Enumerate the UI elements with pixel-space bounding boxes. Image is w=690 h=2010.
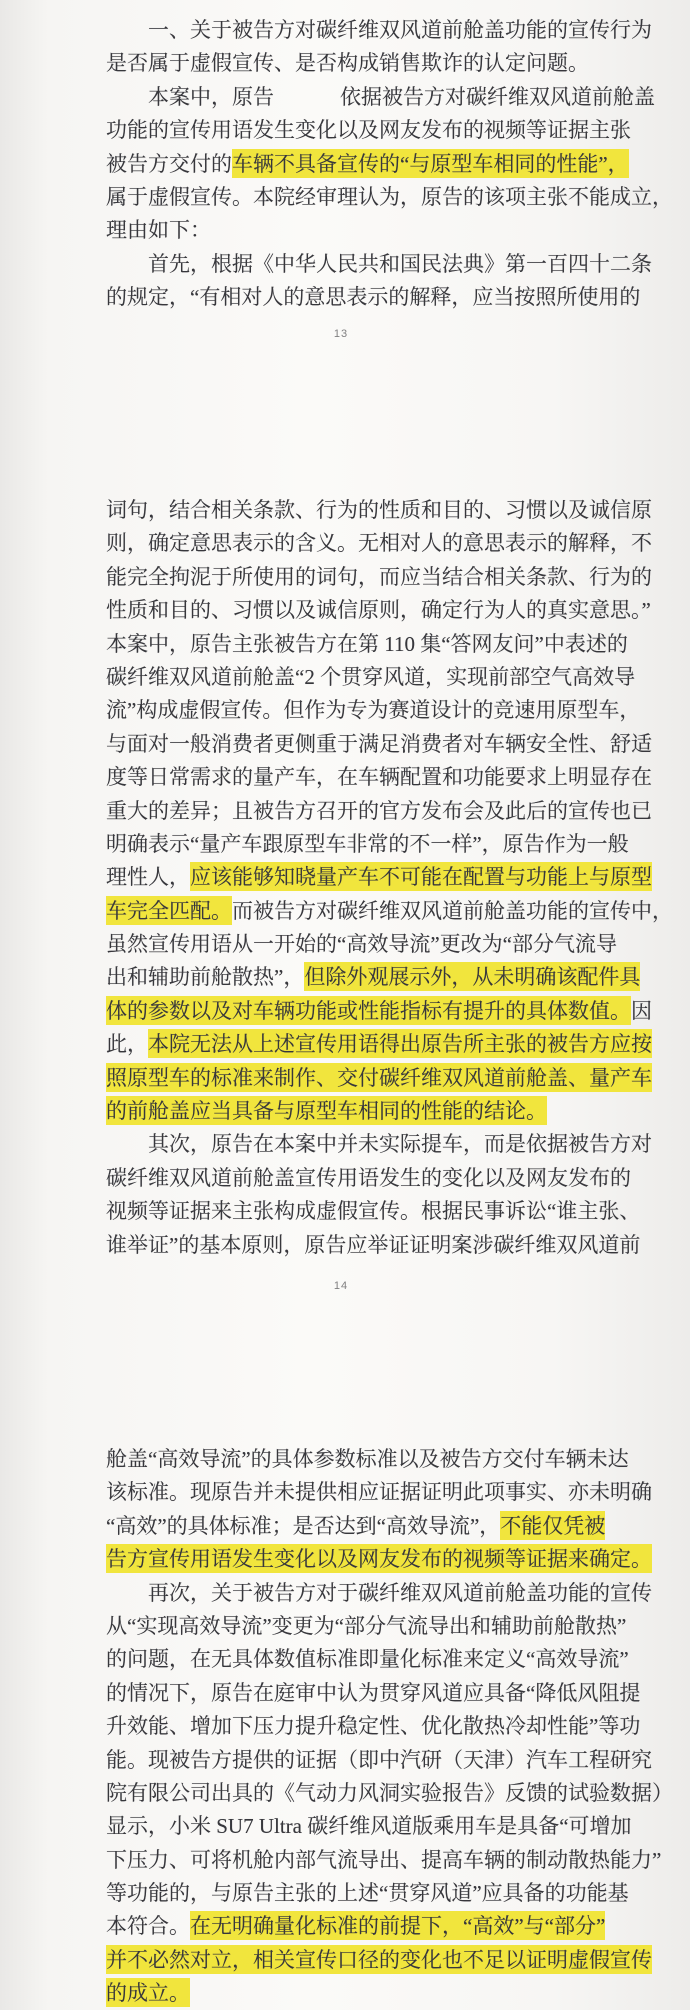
text-line: 该标准。现原告并未提供相应证据证明此项事实、亦未明确 xyxy=(106,1476,596,1509)
document-page-15: 舱盖“高效导流”的具体参数标准以及被告方交付车辆未达该标准。现原告并未提供相应证… xyxy=(106,1443,596,2010)
text-line: 词句，结合相关条款、行为的性质和目的、习惯以及诚信原 xyxy=(106,494,596,527)
body-text: 明确表示“量产车跟原型车非常的不一样”，原告作为一般 xyxy=(106,832,629,856)
text-line: 的前舱盖应当具备与原型车相同的性能的结论。 xyxy=(106,1095,596,1128)
body-text: 因 xyxy=(631,999,652,1023)
text-line: 的问题，在无具体数值标准即量化标准来定义“高效导流” xyxy=(106,1643,596,1676)
body-text: “高效”的具体标准；是否达到“高效导流”， xyxy=(106,1514,500,1538)
body-text: 本案中，原告 xyxy=(148,85,274,109)
text-line: 重大的差异；且被告方召开的官方发布会及此后的宣传也已 xyxy=(106,795,596,828)
body-text: 出和辅助前舱散热”， xyxy=(106,965,304,989)
body-text: 能。现被告方提供的证据（即中汽研（天津）汽车工程研究 xyxy=(106,1748,652,1772)
text-line: 的规定，“有相对人的意思表示的解释，应当按照所使用的 xyxy=(106,281,596,314)
body-text: 舱盖“高效导流”的具体参数标准以及被告方交付车辆未达 xyxy=(106,1447,629,1471)
text-line: 性质和目的、习惯以及诚信原则，确定行为人的真实意思。” xyxy=(106,594,596,627)
highlighted-text: 应该能够知晓量产车不可能在配置与功能上与原型 xyxy=(190,862,652,891)
body-text: 词句，结合相关条款、行为的性质和目的、习惯以及诚信原 xyxy=(106,498,652,522)
text-line: 虽然宣传用语从一开始的“高效导流”更改为“部分气流导 xyxy=(106,928,596,961)
text-line: 从“实现高效导流”变更为“部分气流导出和辅助前舱散热” xyxy=(106,1610,596,1643)
text-line: 谁举证”的基本原则，原告应举证证明案涉碳纤维双风道前 xyxy=(106,1229,596,1262)
text-line: 等功能的，与原告主张的上述“贯穿风道”应具备的功能基 xyxy=(106,1877,596,1910)
text-line: 被告方交付的车辆不具备宣传的“与原型车相同的性能”， xyxy=(106,148,596,181)
text-line: 是否属于虚假宣传、是否构成销售欺诈的认定问题。 xyxy=(106,47,596,80)
text-line: 理由如下： xyxy=(106,214,596,247)
text-line: 属于虚假宣传。本院经审理认为，原告的该项主张不能成立， xyxy=(106,181,596,214)
text-line: 本符合。在无明确量化标准的前提下，“高效”与“部分” xyxy=(106,1910,596,1943)
text-line: 本案中，原告主张被告方在第 110 集“答网友问”中表述的 xyxy=(106,628,596,661)
body-text: 的情况下，原告在庭审中认为贯穿风道应具备“降低风阻提 xyxy=(106,1681,640,1705)
text-line: 能。现被告方提供的证据（即中汽研（天津）汽车工程研究 xyxy=(106,1744,596,1777)
body-text: 与面对一般消费者更侧重于满足消费者对车辆安全性、舒适 xyxy=(106,732,652,756)
text-line: 功能的宣传用语发生变化以及网友发布的视频等证据主张 xyxy=(106,114,596,147)
text-line: 度等日常需求的量产车，在车辆配置和功能要求上明显存在 xyxy=(106,761,596,794)
text-line: 并不必然对立，相关宣传口径的变化也不足以证明虚假宣传 xyxy=(106,1944,596,1977)
body-text: 重大的差异；且被告方召开的官方发布会及此后的宣传也已 xyxy=(106,799,652,823)
highlighted-text: 的前舱盖应当具备与原型车相同的性能的结论。 xyxy=(106,1096,547,1125)
highlighted-text: 照原型车的标准来制作、交付碳纤维双风道前舱盖、量产车 xyxy=(106,1063,652,1092)
document-photo: 一、关于被告方对碳纤维双风道前舱盖功能的宣传行为是否属于虚假宣传、是否构成销售欺… xyxy=(0,0,690,2010)
highlighted-text: 不能仅凭被 xyxy=(500,1511,605,1540)
text-line: 的情况下，原告在庭审中认为贯穿风道应具备“降低风阻提 xyxy=(106,1677,596,1710)
text-line: 院有限公司出具的《气动力风洞实验报告》反馈的试验数据） xyxy=(106,1777,596,1810)
body-text: 本符合。 xyxy=(106,1914,190,1938)
text-line: 碳纤维双风道前舱盖宣传用语发生的变化以及网友发布的 xyxy=(106,1162,596,1195)
highlighted-text: 的成立。 xyxy=(106,1978,190,2007)
document-page-14: 词句，结合相关条款、行为的性质和目的、习惯以及诚信原则，确定意思表示的含义。无相… xyxy=(106,494,596,1262)
body-text: 能完全拘泥于所使用的词句，而应当结合相关条款、行为的 xyxy=(106,565,652,589)
document-page-13: 一、关于被告方对碳纤维双风道前舱盖功能的宣传行为是否属于虚假宣传、是否构成销售欺… xyxy=(106,14,596,315)
body-text: 从“实现高效导流”变更为“部分气流导出和辅助前舱散热” xyxy=(106,1614,626,1638)
text-line: 显示，小米 SU7 Ultra 碳纤维风道版乘用车是具备“可增加 xyxy=(106,1810,596,1843)
text-line: 碳纤维双风道前舱盖“2 个贯穿风道，实现前部空气高效导 xyxy=(106,661,596,694)
body-text: 首先，根据《中华人民共和国民法典》第一百四十二条 xyxy=(148,252,652,276)
text-line: 则，确定意思表示的含义。无相对人的意思表示的解释，不 xyxy=(106,527,596,560)
body-text: 理由如下： xyxy=(106,218,211,242)
body-text: 其次，原告在本案中并未实际提车，而是依据被告方对 xyxy=(148,1132,652,1156)
text-line: 体的参数以及对车辆功能或性能指标有提升的具体数值。因 xyxy=(106,995,596,1028)
text-line: 一、关于被告方对碳纤维双风道前舱盖功能的宣传行为 xyxy=(106,14,596,47)
text-line: 与面对一般消费者更侧重于满足消费者对车辆安全性、舒适 xyxy=(106,728,596,761)
body-text: 视频等证据来主张构成虚假宣传。根据民事诉讼“谁主张、 xyxy=(106,1199,640,1223)
body-text: 升效能、增加下压力提升稳定性、优化散热冷却性能”等功 xyxy=(106,1714,640,1738)
text-line: 本案中，原告依据被告方对碳纤维双风道前舱盖 xyxy=(106,81,596,114)
text-line: 再次，关于被告方对于碳纤维双风道前舱盖功能的宣传 xyxy=(106,1577,596,1610)
body-text: 度等日常需求的量产车，在车辆配置和功能要求上明显存在 xyxy=(106,765,652,789)
highlighted-text: 车辆不具备宣传的“与原型车相同的性能”， xyxy=(232,149,629,178)
text-line: 的成立。 xyxy=(106,1977,596,2010)
text-line: 其次，原告在本案中并未实际提车，而是依据被告方对 xyxy=(106,1128,596,1161)
body-text: 依据被告方对碳纤维双风道前舱盖 xyxy=(340,85,655,109)
body-text: 被告方交付的 xyxy=(106,152,232,176)
body-text: 一、关于被告方对碳纤维双风道前舱盖功能的宣传行为 xyxy=(148,18,652,42)
body-text: 的问题，在无具体数值标准即量化标准来定义“高效导流” xyxy=(106,1647,629,1671)
body-text: 该标准。现原告并未提供相应证据证明此项事实、亦未明确 xyxy=(106,1480,652,1504)
text-line: 理性人，应该能够知晓量产车不可能在配置与功能上与原型 xyxy=(106,861,596,894)
text-line: 下压力、可将机舱内部气流导出、提高车辆的制动散热能力” xyxy=(106,1844,596,1877)
page-number-13: 13 xyxy=(106,328,576,340)
body-text: 虽然宣传用语从一开始的“高效导流”更改为“部分气流导 xyxy=(106,932,617,956)
body-text: 碳纤维双风道前舱盖宣传用语发生的变化以及网友发布的 xyxy=(106,1166,631,1190)
text-line: 升效能、增加下压力提升稳定性、优化散热冷却性能”等功 xyxy=(106,1710,596,1743)
body-text: 此， xyxy=(106,1032,148,1056)
body-text: 等功能的，与原告主张的上述“贯穿风道”应具备的功能基 xyxy=(106,1881,629,1905)
body-text: 性质和目的、习惯以及诚信原则，确定行为人的真实意思。” xyxy=(106,598,651,622)
body-text: 显示，小米 SU7 Ultra 碳纤维风道版乘用车是具备“可增加 xyxy=(106,1814,632,1838)
highlighted-text: 并不必然对立，相关宣传口径的变化也不足以证明虚假宣传 xyxy=(106,1945,652,1974)
text-line: 视频等证据来主张构成虚假宣传。根据民事诉讼“谁主张、 xyxy=(106,1195,596,1228)
text-line: 能完全拘泥于所使用的词句，而应当结合相关条款、行为的 xyxy=(106,561,596,594)
text-line: 出和辅助前舱散热”，但除外观展示外，从未明确该配件具 xyxy=(106,961,596,994)
body-text: 的规定，“有相对人的意思表示的解释，应当按照所使用的 xyxy=(106,285,640,309)
body-text: 流”构成虚假宣传。但作为专为赛道设计的竞速用原型车， xyxy=(106,698,640,722)
highlighted-text: 在无明确量化标准的前提下，“高效”与“部分” xyxy=(190,1911,605,1940)
body-text: 而被告方对碳纤维双风道前舱盖功能的宣传中， xyxy=(232,899,673,923)
body-text: 功能的宣传用语发生变化以及网友发布的视频等证据主张 xyxy=(106,118,631,142)
highlighted-text: 本院无法从上述宣传用语得出原告所主张的被告方应按 xyxy=(148,1029,652,1058)
body-text: 理性人， xyxy=(106,865,190,889)
text-line: 首先，根据《中华人民共和国民法典》第一百四十二条 xyxy=(106,248,596,281)
body-text: 属于虚假宣传。本院经审理认为，原告的该项主张不能成立， xyxy=(106,185,673,209)
text-line: 车完全匹配。而被告方对碳纤维双风道前舱盖功能的宣传中， xyxy=(106,895,596,928)
highlighted-text: 但除外观展示外，从未明确该配件具 xyxy=(304,962,640,991)
highlighted-text: 体的参数以及对车辆功能或性能指标有提升的具体数值。 xyxy=(106,996,631,1025)
highlighted-text: 车完全匹配。 xyxy=(106,896,232,925)
text-line: 告方宣传用语发生变化以及网友发布的视频等证据来确定。 xyxy=(106,1543,596,1576)
text-line: 照原型车的标准来制作、交付碳纤维双风道前舱盖、量产车 xyxy=(106,1062,596,1095)
body-text: 是否属于虚假宣传、是否构成销售欺诈的认定问题。 xyxy=(106,51,589,75)
body-text: 再次，关于被告方对于碳纤维双风道前舱盖功能的宣传 xyxy=(148,1581,652,1605)
text-line: 舱盖“高效导流”的具体参数标准以及被告方交付车辆未达 xyxy=(106,1443,596,1476)
page-number-14: 14 xyxy=(106,1280,576,1292)
body-text: 谁举证”的基本原则，原告应举证证明案涉碳纤维双风道前 xyxy=(106,1233,640,1257)
text-line: 此，本院无法从上述宣传用语得出原告所主张的被告方应按 xyxy=(106,1028,596,1061)
body-text: 本案中，原告主张被告方在第 110 集“答网友问”中表述的 xyxy=(106,632,628,656)
body-text: 则，确定意思表示的含义。无相对人的意思表示的解释，不 xyxy=(106,531,652,555)
text-line: 明确表示“量产车跟原型车非常的不一样”，原告作为一般 xyxy=(106,828,596,861)
body-text: 碳纤维双风道前舱盖“2 个贯穿风道，实现前部空气高效导 xyxy=(106,665,635,689)
body-text: 院有限公司出具的《气动力风洞实验报告》反馈的试验数据） xyxy=(106,1781,673,1805)
highlighted-text: 告方宣传用语发生变化以及网友发布的视频等证据来确定。 xyxy=(106,1544,652,1573)
text-line: 流”构成虚假宣传。但作为专为赛道设计的竞速用原型车， xyxy=(106,694,596,727)
body-text: 下压力、可将机舱内部气流导出、提高车辆的制动散热能力” xyxy=(106,1848,661,1872)
text-line: “高效”的具体标准；是否达到“高效导流”，不能仅凭被 xyxy=(106,1510,596,1543)
